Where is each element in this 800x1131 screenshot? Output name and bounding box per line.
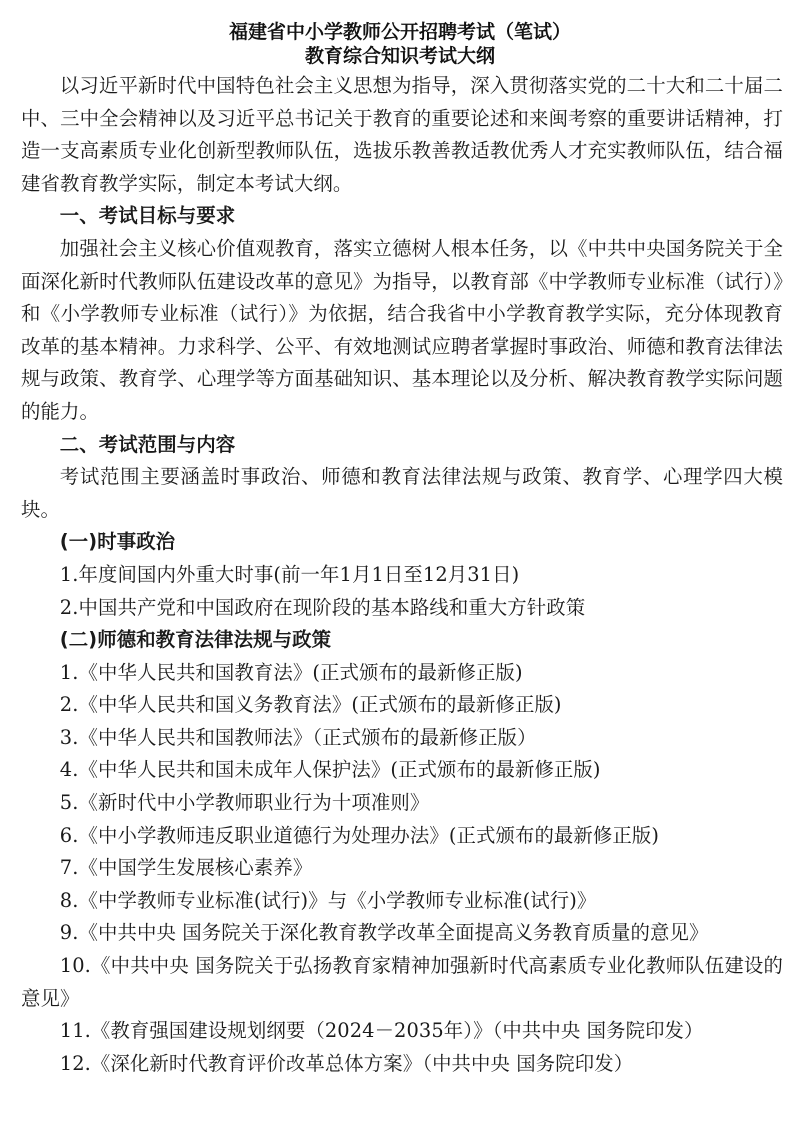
list-item: 8.《中学教师专业标准(试行)》与《小学教师专业标准(试行)》 <box>21 885 783 918</box>
document-title: 福建省中小学教师公开招聘考试（笔试） <box>0 20 800 44</box>
subsection-heading-current-affairs: (一)时事政治 <box>21 526 783 559</box>
list-item: 10.《中共中央 国务院关于弘扬教育家精神加强新时代高素质专业化教师队伍建设的意… <box>21 950 783 1015</box>
list-item: 2.《中华人民共和国义务教育法》(正式颁布的最新修正版) <box>21 689 783 722</box>
section-heading-goals: 一、考试目标与要求 <box>21 200 783 233</box>
intro-paragraph: 以习近平新时代中国特色社会主义思想为指导，深入贯彻落实党的二十大和二十届二中、三… <box>21 70 783 200</box>
list-item: 1.年度间国内外重大时事(前一年1月1日至12月31日) <box>21 559 783 592</box>
section-heading-scope: 二、考试范围与内容 <box>21 429 783 462</box>
list-item: 2.中国共产党和中国政府在现阶段的基本路线和重大方针政策 <box>21 592 783 625</box>
list-item: 6.《中小学教师违反职业道德行为处理办法》(正式颁布的最新修正版) <box>21 820 783 853</box>
list-item: 5.《新时代中小学教师职业行为十项准则》 <box>21 787 783 820</box>
list-item: 11.《教育强国建设规划纲要（2024－2035年）》（中共中央 国务院印发） <box>21 1015 783 1048</box>
list-item: 12.《深化新时代教育评价改革总体方案》（中共中央 国务院印发） <box>21 1048 783 1081</box>
list-item: 7.《中国学生发展核心素养》 <box>21 852 783 885</box>
list-item: 4.《中华人民共和国未成年人保护法》(正式颁布的最新修正版) <box>21 754 783 787</box>
document-subtitle: 教育综合知识考试大纲 <box>0 44 800 68</box>
list-item: 9.《中共中央 国务院关于深化教育教学改革全面提高义务教育质量的意见》 <box>21 917 783 950</box>
document-page: 福建省中小学教师公开招聘考试（笔试） 教育综合知识考试大纲 以习近平新时代中国特… <box>0 0 800 1131</box>
document-body: 以习近平新时代中国特色社会主义思想为指导，深入贯彻落实党的二十大和二十届二中、三… <box>21 70 783 1080</box>
subsection-heading-ethics-law: (二)师德和教育法律法规与政策 <box>21 624 783 657</box>
section-paragraph-goals: 加强社会主义核心价值观教育，落实立德树人根本任务，以《中共中央国务院关于全面深化… <box>21 233 783 429</box>
list-item: 3.《中华人民共和国教师法》（正式颁布的最新修正版） <box>21 722 783 755</box>
list-item: 1.《中华人民共和国教育法》(正式颁布的最新修正版) <box>21 657 783 690</box>
section-paragraph-scope: 考试范围主要涵盖时事政治、师德和教育法律法规与政策、教育学、心理学四大模块。 <box>21 461 783 526</box>
